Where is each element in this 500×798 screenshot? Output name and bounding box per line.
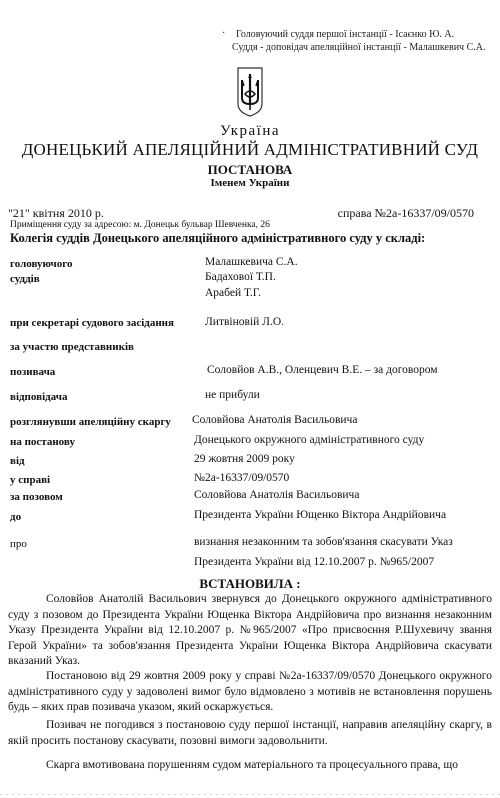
field-value-to: Президента України Ющенко Віктора Андрій… <box>194 509 446 521</box>
field-value-on-resolution: Донецького окружного адміністративного с… <box>194 434 424 446</box>
field-label-representatives: за участю представників <box>10 341 134 353</box>
field-value-secretary: Литвіновій Л.О. <box>205 316 284 328</box>
document-date: "21" квітня 2010 р. <box>8 206 104 221</box>
field-value-presiding: Малашкевича С.А. <box>205 256 298 268</box>
field-value-in-case: №2а-16337/09/0570 <box>194 472 289 484</box>
college-of-judges-heading: Колегія суддів Донецького апеляційного а… <box>10 231 425 246</box>
field-label-by-claim: за позовом <box>10 491 63 503</box>
field-label-judges: суддів <box>10 273 40 285</box>
field-label-appeal: розглянувши апеляційну скаргу <box>10 416 171 428</box>
court-name: ДОНЕЦЬКИЙ АПЕЛЯЦІЙНИЙ АДМІНІСТРАТИВНИЙ С… <box>0 140 500 160</box>
scan-speck: · <box>222 28 225 39</box>
field-label-from: від <box>10 455 25 467</box>
field-value-plaintiff: Соловйов А.В., Оленцевич В.Е. – за догов… <box>207 364 438 376</box>
established-heading: ВСТАНОВИЛА : <box>0 576 500 592</box>
in-the-name-of-ukraine: Іменем України <box>0 177 500 189</box>
header-note-reporting-judge: Суддя - доповідач апеляційної інстанції … <box>232 41 485 54</box>
field-value-about: визнання незаконним та зобов'язання скас… <box>194 536 453 548</box>
field-label-plaintiff: позивача <box>10 366 55 378</box>
header-note-first-instance-judge: Головуючий суддя першої інстанції - Ісає… <box>236 28 454 41</box>
country-title: Україна <box>0 123 500 140</box>
field-value-from: 29 жовтня 2009 року <box>194 453 295 465</box>
field-value-by-claim: Соловйова Анатолія Васильовича <box>194 489 359 501</box>
case-number: справа №2а-16337/09/0570 <box>338 206 474 221</box>
field-label-presiding: головуючого <box>10 258 72 270</box>
field-value-about-cont: Президента України від 12.10.2007 р. №96… <box>194 556 434 568</box>
field-value-judge-2: Арабей Т.Г. <box>205 287 261 299</box>
paragraph-1: Соловйов Анатолій Васильович звернувся д… <box>8 592 492 670</box>
field-label-defendant: відповідача <box>10 391 67 403</box>
field-value-defendant: не прибули <box>205 389 260 401</box>
field-label-to: до <box>10 511 21 523</box>
field-label-on-resolution: на постанову <box>10 436 75 448</box>
paragraph-4: Скарга вмотивована порушенням судом мате… <box>8 758 492 774</box>
coat-of-arms-trident-icon <box>236 66 264 118</box>
paragraph-3: Позивач не погодився з постановою суду п… <box>8 718 492 749</box>
field-value-judge-1: Бадахової Т.П. <box>205 271 276 283</box>
field-label-about: про <box>10 538 27 550</box>
paragraph-2: Постановою від 29 жовтня 2009 року у спр… <box>8 669 492 716</box>
document-type: ПОСТАНОВА <box>0 162 500 178</box>
field-label-secretary: при секретарі судового засідання <box>10 317 174 329</box>
scan-artifact-line <box>0 794 500 795</box>
field-value-appeal: Соловйова Анатолія Васильовича <box>192 414 357 426</box>
court-premises-address: Приміщення суду за адресою: м. Донецьк б… <box>10 220 270 230</box>
field-label-in-case: у справі <box>10 474 50 486</box>
